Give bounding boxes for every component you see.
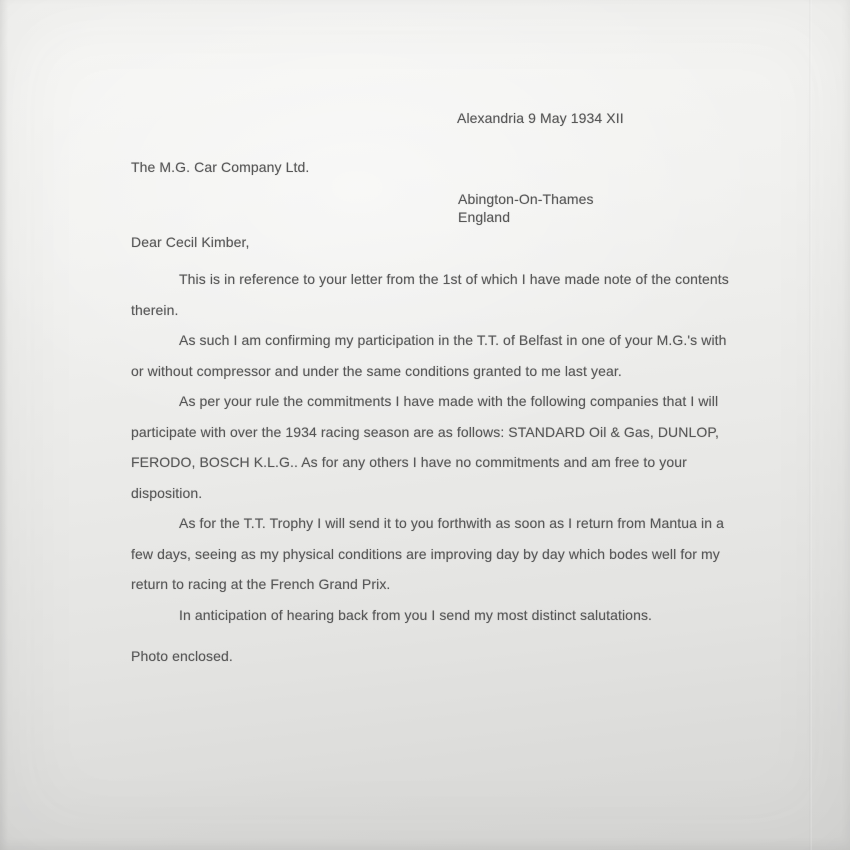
body-line: In anticipation of hearing back from you… [131, 600, 729, 631]
letter-photo: Alexandria 9 May 1934 XII The M.G. Car C… [0, 0, 850, 850]
body-line: therein. [131, 295, 729, 326]
letter-recipient: The M.G. Car Company Ltd. [131, 159, 309, 175]
body-line: or without compressor and under the same… [131, 356, 729, 387]
address-line-country: England [458, 208, 594, 226]
body-line: return to racing at the French Grand Pri… [131, 569, 729, 600]
paper-edge-shading [0, 0, 8, 850]
body-line: few days, seeing as my physical conditio… [131, 539, 729, 570]
letter-enclosure-note: Photo enclosed. [131, 648, 233, 664]
letter-recipient-address: Abington-On-Thames England [458, 190, 594, 226]
body-line: FERODO, BOSCH K.L.G.. As for any others … [131, 447, 729, 478]
letter-dateline: Alexandria 9 May 1934 XII [457, 110, 624, 126]
paper-crease [809, 0, 812, 850]
body-line: As per your rule the commitments I have … [131, 386, 729, 417]
body-line: As for the T.T. Trophy I will send it to… [131, 508, 729, 539]
address-line-city: Abington-On-Thames [458, 190, 594, 208]
letter-body: This is in reference to your letter from… [131, 264, 729, 630]
letter-salutation: Dear Cecil Kimber, [131, 234, 250, 250]
body-line: As such I am confirming my participation… [131, 325, 729, 356]
body-line: participate with over the 1934 racing se… [131, 417, 729, 448]
body-line: This is in reference to your letter from… [131, 264, 729, 295]
body-line: disposition. [131, 478, 729, 509]
